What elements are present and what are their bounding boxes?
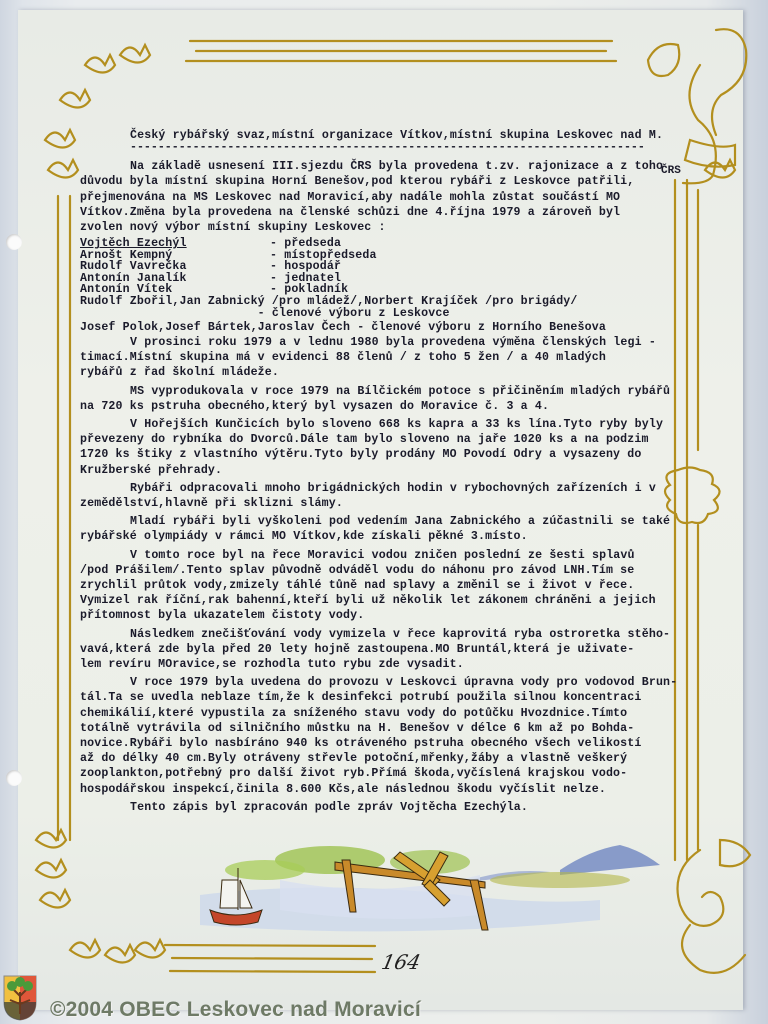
committee-member: Vojtěch Ezechýl- předseda [80,238,670,250]
paragraph: V tomto roce byl na řece Moravici vodou … [80,548,670,624]
paragraph: V roce 1979 byla uvedena do provozu v Le… [80,675,670,797]
paragraph: V prosinci roku 1979 a v lednu 1980 byla… [80,335,670,381]
body-paragraphs: V prosinci roku 1979 a v lednu 1980 byla… [80,335,670,815]
committee-member: Antonín Vítek- pokladník [80,284,670,296]
landscape-illustration [200,845,660,931]
committee-list: Vojtěch Ezechýl- předseda Arnošt Kempný-… [80,238,670,335]
document-title: Český rybářský svaz,místní organizace Ví… [130,128,670,143]
paragraph: V Hořejších Kunčicích bylo sloveno 668 k… [80,417,670,478]
committee-member: Rudolf Vavrečka- hospodář [80,261,670,273]
copyright-text: ©2004 OBEC Leskovec nad Moravicí [50,998,421,1022]
typewritten-record: Český rybářský svaz,místní organizace Ví… [80,128,670,818]
paragraph: MS vyprodukovala v roce 1979 na Bílčické… [80,384,670,414]
paragraph: Následkem znečišťování vody vymizela v ř… [80,627,670,673]
footer: ©2004 OBEC Leskovec nad Moravicí [0,996,768,1024]
intro-paragraph: Na základě usnesení III.sjezdu ČRS byla … [80,159,670,235]
page-number: 164 [379,950,422,974]
title-rule: ----------------------------------------… [130,143,690,153]
paragraph: Rybáři odpracovali mnoho brigádnických h… [80,481,670,511]
paragraph: Tento zápis byl zpracován podle zpráv Vo… [80,800,670,815]
paragraph: Mladí rybáři byli vyškoleni pod vedením … [80,514,670,544]
